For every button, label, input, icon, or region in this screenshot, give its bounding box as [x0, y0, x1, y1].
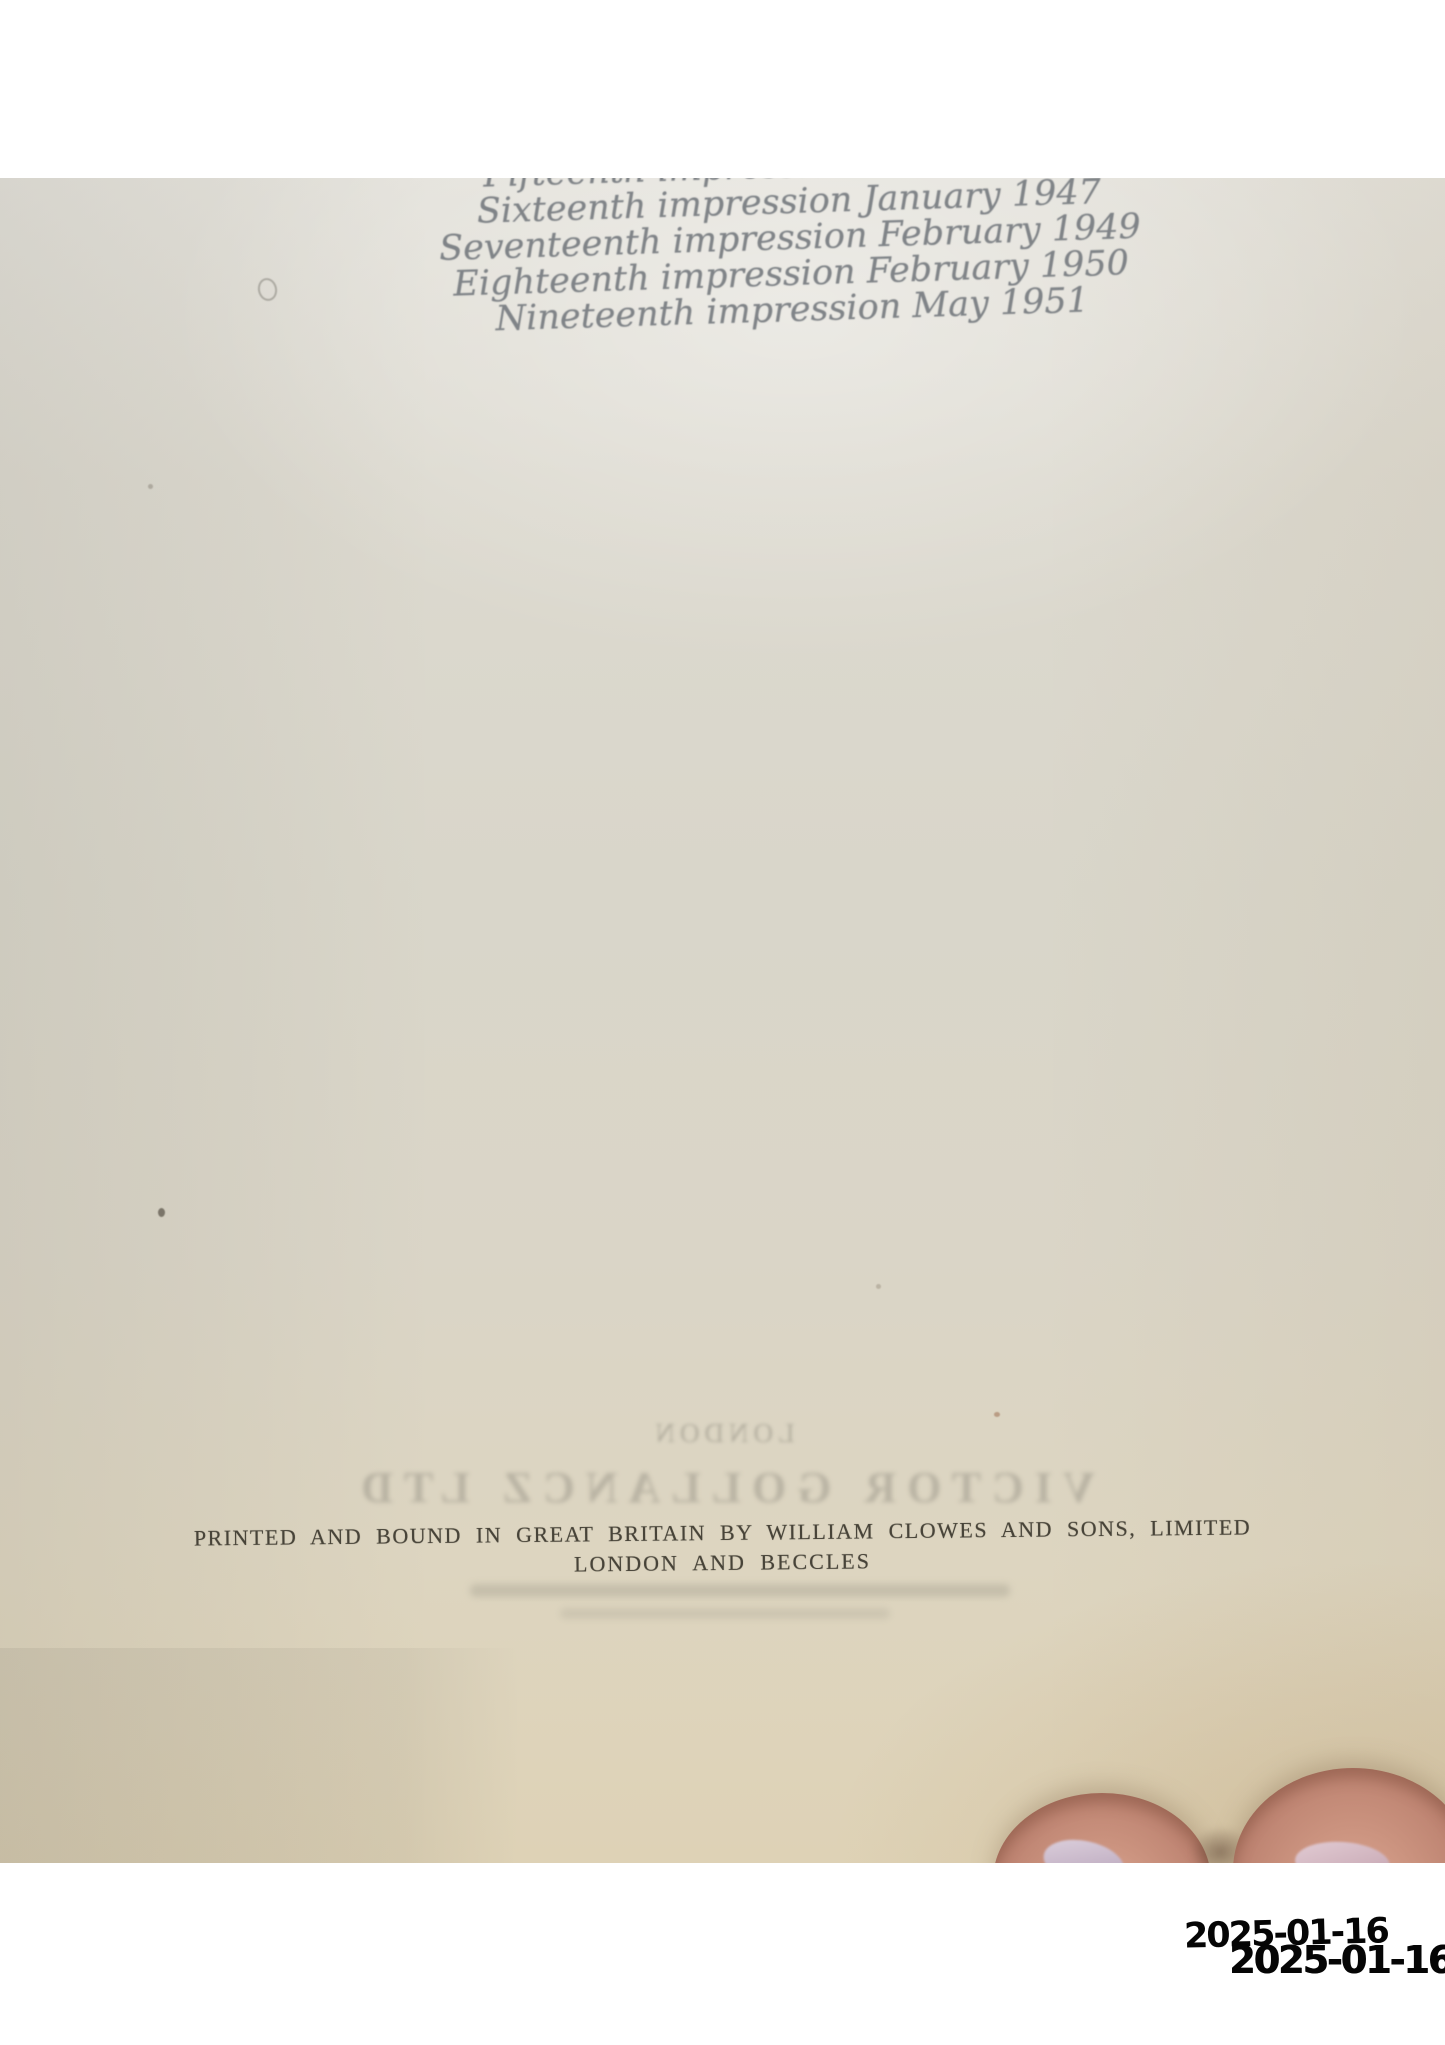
impression-history-block: Fifteenth impression Sixteenth impressio…: [417, 178, 1162, 340]
ghost-showthrough-london: LONDON: [0, 1418, 1445, 1449]
photo-canvas: Fifteenth impression Sixteenth impressio…: [0, 0, 1445, 2045]
ghost-showthrough-publisher: VICTOR GOLLANCZ LTD: [0, 1462, 1445, 1513]
page-fold-shadow: [0, 1648, 520, 1863]
ghost-smudge: [560, 1608, 890, 1619]
paper-speck: [994, 1412, 1000, 1417]
pencil-mark-o: [256, 276, 279, 302]
book-page-photo: Fifteenth impression Sixteenth impressio…: [0, 178, 1445, 1863]
paper-speck: [148, 484, 153, 489]
paper-speck: [158, 1208, 165, 1217]
date-stamp-secondary: 2025-01-16: [1229, 1938, 1445, 1982]
paper-speck: [876, 1284, 881, 1289]
ghost-smudge: [470, 1584, 1010, 1597]
